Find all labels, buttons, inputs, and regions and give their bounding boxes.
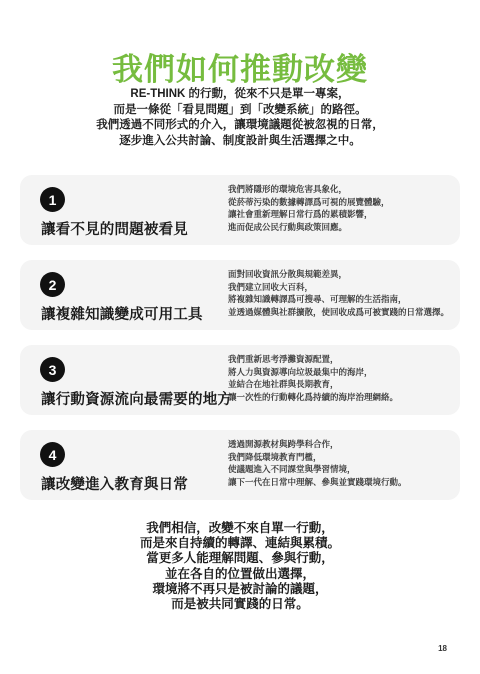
change-steps-list: 1 讓看不見的問題被看見 我們將隱形的環境危害具象化， 從菸蒂污染的數據轉譯爲可…: [20, 175, 460, 500]
step-body-line: 將複雜知識轉譯爲可搜尋、可理解的生活指南，: [228, 293, 449, 306]
step-body-line: 從菸蒂污染的數據轉譯爲可視的展覽體驗，: [228, 196, 390, 209]
step-body-line: 進而促成公民行動與政策回應。: [228, 221, 390, 234]
step-body-line: 並結合在地社群與長期教育，: [228, 378, 398, 391]
step-body-line: 我們建立回收大百科，: [228, 281, 449, 294]
step-heading: 讓行動資源流向最需要的地方: [41, 388, 232, 409]
intro-line: 我們透過不同形式的介入，讓環境議題從被忽視的日常，: [0, 118, 480, 134]
step-body-line: 讓下一代在日常中理解、參與並實踐環境行動。: [228, 476, 407, 489]
step-description: 透過開源教材與跨學科合作， 我們降低環境教育門檻， 使議題進入不同課堂與學習情境…: [228, 438, 407, 488]
step-body-line: 我們將隱形的環境危害具象化，: [228, 183, 390, 196]
intro-paragraph: RE-THINK 的行動，從來不只是單一專案， 而是一條從「看見問題」到「改變系…: [0, 87, 480, 149]
closing-line: 我們相信，改變不來自單一行動，: [0, 521, 480, 536]
step-body-line: 使議題進入不同課堂與學習情境，: [228, 463, 407, 476]
intro-line: 逐步進入公共討論、制度設計與生活選擇之中。: [0, 134, 480, 150]
change-step-card-4: 4 讓改變進入教育與日常 透過開源教材與跨學科合作， 我們降低環境教育門檻， 使…: [20, 430, 460, 500]
document-page: 我們如何推動改變 RE-THINK 的行動，從來不只是單一專案， 而是一條從「看…: [0, 0, 480, 674]
step-description: 我們重新思考淨灘資源配置， 將人力與資源導向垃圾最集中的海岸， 並結合在地社群與…: [228, 353, 398, 403]
step-heading: 讓看不見的問題被看見: [41, 218, 188, 239]
step-body-line: 讓一次性的行動轉化爲持續的海岸治理網絡。: [228, 391, 398, 404]
closing-paragraph: 我們相信，改變不來自單一行動， 而是來自持續的轉譯、連結與累積。 當更多人能理解…: [0, 521, 480, 612]
step-body-line: 讓社會重新理解日常行爲的累積影響，: [228, 208, 390, 221]
step-body-line: 面對回收資訊分散與規範差異，: [228, 268, 449, 281]
closing-line: 而是來自持續的轉譯、連結與累積。: [0, 536, 480, 551]
closing-line: 而是被共同實踐的日常。: [0, 597, 480, 612]
change-step-card-1: 1 讓看不見的問題被看見 我們將隱形的環境危害具象化， 從菸蒂污染的數據轉譯爲可…: [20, 175, 460, 245]
step-body-line: 透過開源教材與跨學科合作，: [228, 438, 407, 451]
step-description: 我們將隱形的環境危害具象化， 從菸蒂污染的數據轉譯爲可視的展覽體驗， 讓社會重新…: [228, 183, 390, 233]
step-body-line: 並透過媒體與社群擴散，使回收成爲可被實踐的日常選擇。: [228, 306, 449, 319]
closing-line: 當更多人能理解問題、參與行動，: [0, 551, 480, 566]
change-step-card-3: 3 讓行動資源流向最需要的地方 我們重新思考淨灘資源配置， 將人力與資源導向垃圾…: [20, 345, 460, 415]
step-number-badge: 3: [40, 357, 65, 382]
step-body-line: 將人力與資源導向垃圾最集中的海岸，: [228, 366, 398, 379]
step-number-badge: 2: [40, 272, 65, 297]
step-description: 面對回收資訊分散與規範差異， 我們建立回收大百科， 將複雜知識轉譯爲可搜尋、可理…: [228, 268, 449, 318]
step-body-line: 我們降低環境教育門檻，: [228, 451, 407, 464]
step-number-badge: 1: [40, 187, 65, 212]
page-title: 我們如何推動改變: [0, 44, 480, 89]
closing-line: 環境將不再只是被討論的議題，: [0, 582, 480, 597]
intro-line: RE-THINK 的行動，從來不只是單一專案，: [0, 87, 480, 103]
intro-line: 而是一條從「看見問題」到「改變系統」的路徑。: [0, 103, 480, 119]
step-heading: 讓改變進入教育與日常: [41, 473, 188, 494]
change-step-card-2: 2 讓複雜知識變成可用工具 面對回收資訊分散與規範差異， 我們建立回收大百科， …: [20, 260, 460, 330]
closing-line: 並在各自的位置做出選擇，: [0, 567, 480, 582]
page-number: 18: [438, 644, 447, 653]
step-number-badge: 4: [40, 442, 65, 467]
step-body-line: 我們重新思考淨灘資源配置，: [228, 353, 398, 366]
step-heading: 讓複雜知識變成可用工具: [41, 303, 203, 324]
